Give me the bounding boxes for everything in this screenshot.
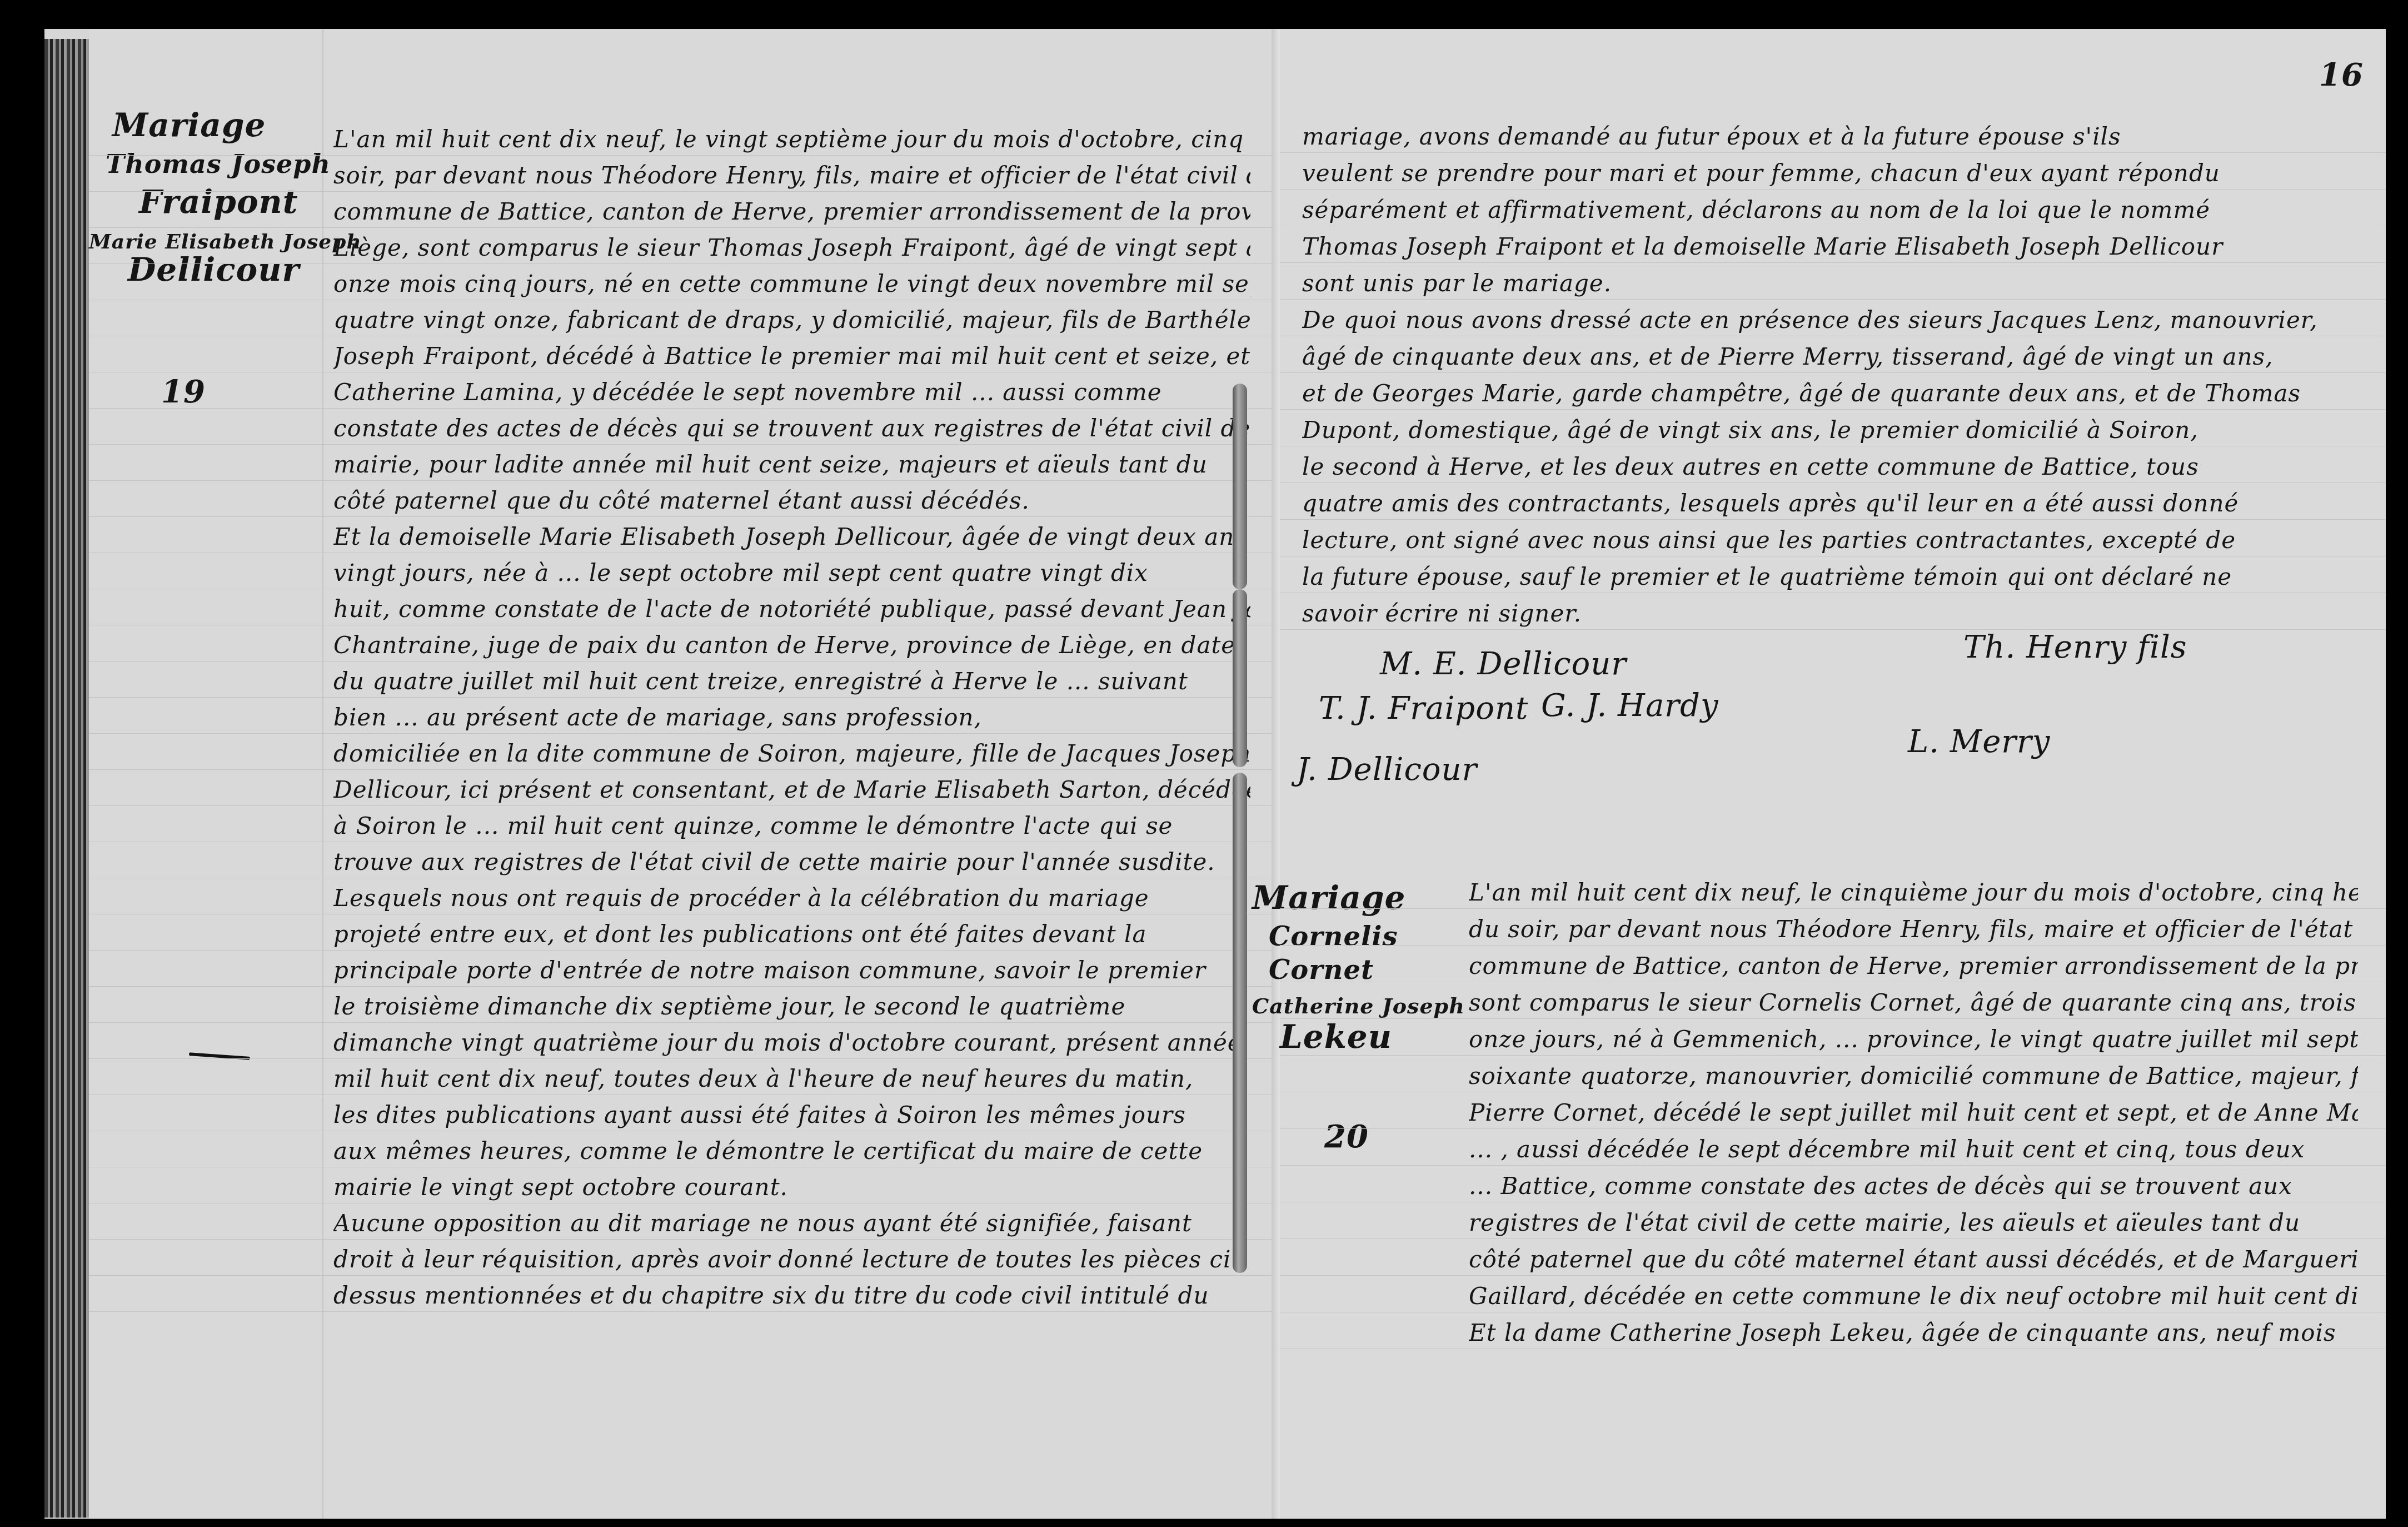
handwritten-line: côté paternel que du côté maternel étant…: [1469, 1246, 2358, 1273]
handwritten-line: commune de Battice, canton de Herve, pre…: [333, 198, 1250, 225]
ruled-line: [89, 372, 1278, 372]
handwritten-line: projeté entre eux, et dont les publicati…: [333, 921, 1250, 948]
handwritten-line: la future épouse, sauf le premier et le …: [1302, 564, 2358, 590]
signature: J. Dellicour: [1297, 752, 1477, 788]
handwritten-line: mairie, pour ladite année mil huit cent …: [333, 451, 1250, 478]
handwritten-line: le troisième dimanche dix septième jour,…: [333, 993, 1250, 1020]
handwritten-line: du quatre juillet mil huit cent treize, …: [333, 668, 1250, 695]
ruled-line: [1280, 1349, 2386, 1349]
ruled-line: [1280, 1238, 2386, 1239]
ruled-line: [1280, 1055, 2386, 1056]
binding-stitch: [1233, 384, 1247, 589]
handwritten-line: Catherine Lamina, y décédée le sept nove…: [333, 379, 1250, 406]
bride-surname: Dellicour: [128, 251, 300, 288]
book-spine-edge: [44, 39, 89, 1518]
handwritten-line: bien ... au présent acte de mariage, san…: [333, 704, 1250, 731]
ruled-line: [89, 589, 1278, 589]
handwritten-line: et de Georges Marie, garde champêtre, âg…: [1302, 380, 2358, 407]
handwritten-line: mariage, avons demandé au futur époux et…: [1302, 123, 2358, 150]
handwritten-line: droit à leur réquisition, après avoir do…: [333, 1246, 1250, 1273]
ruled-line: [89, 986, 1278, 987]
handwritten-line: registres de l'état civil de cette mairi…: [1469, 1210, 2358, 1236]
ruled-line: [1280, 593, 2386, 593]
ruled-line: [1280, 483, 2386, 483]
handwritten-line: onze jours, né à Gemmenich, ... province…: [1469, 1026, 2358, 1053]
handwritten-line: Liège, sont comparus le sieur Thomas Jos…: [333, 235, 1250, 261]
handwritten-line: Dupont, domestique, âgé de vingt six ans…: [1302, 417, 2358, 444]
handwritten-line: Pierre Cornet, décédé le sept juillet mi…: [1469, 1100, 2358, 1126]
ruled-line: [1280, 1202, 2386, 1202]
ruled-line: [1280, 945, 2386, 946]
handwritten-line: Dellicour, ici présent et consentant, et…: [333, 777, 1250, 803]
signature: M. E. Dellicour: [1380, 646, 1627, 682]
handwritten-line: aux mêmes heures, comme le démontre le c…: [333, 1138, 1250, 1165]
ruled-line: [1280, 372, 2386, 373]
handwritten-line: De quoi nous avons dressé acte en présen…: [1302, 307, 2358, 334]
handwritten-line: lecture, ont signé avec nous ainsi que l…: [1302, 527, 2358, 554]
ruled-line: [89, 878, 1278, 878]
signature: Th. Henry fils: [1963, 629, 2187, 665]
ruled-line: [89, 1167, 1278, 1167]
ruled-line: [1280, 262, 2386, 263]
page-number: 16: [2319, 57, 2364, 93]
groom-surname: Cornet: [1269, 952, 1374, 988]
ruled-line: [1280, 1092, 2386, 1092]
handwritten-line: quatre vingt onze, fabricant de draps, y…: [333, 307, 1250, 334]
handwritten-line: ... Battice, comme constate des actes de…: [1469, 1173, 2358, 1200]
ruled-line: [89, 733, 1278, 734]
signature: L. Merry: [1908, 724, 2050, 760]
handwritten-line: mil huit cent dix neuf, toutes deux à l'…: [333, 1066, 1250, 1092]
ruled-line: [89, 516, 1278, 517]
bride-surname: Lekeu: [1280, 1018, 1392, 1055]
ruled-line: [89, 1022, 1278, 1023]
ruled-line: [1280, 982, 2386, 982]
ruled-line: [1280, 556, 2386, 556]
ruled-line: [89, 1058, 1278, 1059]
handwritten-line: les dites publications ayant aussi été f…: [333, 1102, 1250, 1128]
ruled-line: [1280, 1275, 2386, 1276]
groom-name: Thomas Joseph: [106, 146, 331, 182]
ruled-line: [89, 553, 1278, 553]
ruled-line: [1280, 1018, 2386, 1019]
signature: G. J. Hardy: [1541, 688, 1719, 724]
ruled-line: [1280, 152, 2386, 153]
handwritten-line: sont unis par le mariage.: [1302, 270, 2358, 297]
handwritten-line: Gaillard, décédée en cette commune le di…: [1469, 1283, 2358, 1310]
ruled-line: [89, 661, 1278, 661]
ruled-line: [1280, 446, 2386, 446]
groom-surname: Fraipont: [139, 183, 298, 220]
handwritten-line: commune de Battice, canton de Herve, pre…: [1469, 953, 2358, 979]
ruled-line: [89, 769, 1278, 770]
ruled-line: [89, 697, 1278, 698]
signature: T. J. Fraipont: [1319, 690, 1528, 727]
ruled-line: [89, 625, 1278, 625]
ruled-line: [1280, 1312, 2386, 1312]
ruled-line: [89, 191, 1278, 192]
ruled-line: [1280, 519, 2386, 520]
binding-stitch: [1233, 589, 1247, 767]
ruled-line: [1280, 908, 2386, 909]
ruled-line: [89, 408, 1278, 409]
handwritten-line: savoir écrire ni signer.: [1302, 600, 2358, 627]
ruled-line: [89, 1203, 1278, 1203]
margin-heading-line: Mariage: [1252, 879, 1405, 916]
handwritten-line: trouve aux registres de l'état civil de …: [333, 849, 1250, 876]
ruled-line: [89, 300, 1278, 300]
ruled-line: [89, 1239, 1278, 1240]
handwritten-line: Thomas Joseph Fraipont et la demoiselle …: [1302, 233, 2358, 260]
handwritten-line: Joseph Fraipont, décédé à Battice le pre…: [333, 343, 1250, 370]
ruled-line: [89, 227, 1278, 228]
left-page: Mariage Thomas Joseph Fraipont Marie Eli…: [89, 29, 1280, 1519]
ruled-line: [89, 155, 1278, 156]
handwritten-line: quatre amis des contractants, lesquels a…: [1302, 490, 2358, 517]
entry-number: 19: [161, 374, 206, 410]
margin-heading-line: Mariage: [112, 107, 266, 143]
handwritten-line: Et la dame Catherine Joseph Lekeu, âgée …: [1469, 1320, 2358, 1346]
ruled-line: [1280, 299, 2386, 300]
handwritten-line: Aucune opposition au dit mariage ne nous…: [333, 1210, 1250, 1237]
right-page: 16 mariage, avons demandé au futur époux…: [1280, 29, 2386, 1519]
handwritten-line: séparément et affirmativement, déclarons…: [1302, 197, 2358, 223]
ruled-line: [89, 950, 1278, 951]
ruled-line: [89, 914, 1278, 914]
handwritten-line: onze mois cinq jours, né en cette commun…: [333, 271, 1250, 297]
binding-stitch: [1233, 773, 1247, 1273]
ruled-line: [89, 480, 1278, 481]
handwritten-line: soixante quatorze, manouvrier, domicilié…: [1469, 1063, 2358, 1090]
handwritten-line: mairie le vingt sept octobre courant.: [333, 1174, 1250, 1201]
handwritten-line: huit, comme constate de l'acte de notori…: [333, 596, 1250, 623]
ruled-line: [89, 444, 1278, 445]
handwritten-line: veulent se prendre pour mari et pour fem…: [1302, 160, 2358, 187]
ruled-line: [1280, 1128, 2386, 1129]
ruled-line: [89, 1311, 1278, 1312]
handwritten-line: dessus mentionnées et du chapitre six du…: [333, 1282, 1250, 1309]
ruled-line: [89, 1275, 1278, 1276]
handwritten-line: dimanche vingt quatrième jour du mois d'…: [333, 1029, 1250, 1056]
handwritten-line: soir, par devant nous Théodore Henry, fi…: [333, 162, 1250, 189]
ruled-line: [89, 805, 1278, 806]
handwritten-line: Chantraine, juge de paix du canton de He…: [333, 632, 1250, 659]
handwritten-line: Lesquels nous ont requis de procéder à l…: [333, 885, 1250, 912]
handwritten-line: le second à Herve, et les deux autres en…: [1302, 454, 2358, 480]
handwritten-line: sont comparus le sieur Cornelis Cornet, …: [1469, 989, 2358, 1016]
handwritten-line: constate des actes de décès qui se trouv…: [333, 415, 1250, 442]
ruled-line: [1280, 336, 2386, 336]
handwritten-line: L'an mil huit cent dix neuf, le vingt se…: [333, 126, 1250, 153]
handwritten-line: ... , aussi décédée le sept décembre mil…: [1469, 1136, 2358, 1163]
handwritten-line: côté paternel que du côté maternel étant…: [333, 488, 1250, 514]
handwritten-line: du soir, par devant nous Théodore Henry,…: [1469, 916, 2358, 943]
handwritten-line: à Soiron le ... mil huit cent quinze, co…: [333, 813, 1250, 839]
entry-number: 20: [1324, 1118, 1369, 1155]
ruled-line: [1280, 629, 2386, 630]
groom-name: Cornelis: [1269, 918, 1398, 955]
ruled-line: [1280, 189, 2386, 190]
ruled-line: [1280, 409, 2386, 410]
ruled-line: [89, 336, 1278, 336]
ruled-line: [1280, 1165, 2386, 1166]
handwritten-line: Et la demoiselle Marie Elisabeth Joseph …: [333, 524, 1250, 550]
handwritten-line: vingt jours, née à ... le sept octobre m…: [333, 560, 1250, 586]
ruled-line: [89, 1095, 1278, 1095]
ruled-line: [1280, 226, 2386, 226]
ruled-line: [89, 1131, 1278, 1131]
handwritten-line: L'an mil huit cent dix neuf, le cinquièm…: [1469, 879, 2358, 906]
ruled-line: [89, 842, 1278, 842]
handwritten-line: domiciliée en la dite commune de Soiron,…: [333, 740, 1250, 767]
ruled-line: [89, 263, 1278, 264]
handwritten-line: âgé de cinquante deux ans, et de Pierre …: [1302, 344, 2358, 370]
handwritten-line: principale porte d'entrée de notre maiso…: [333, 957, 1250, 984]
